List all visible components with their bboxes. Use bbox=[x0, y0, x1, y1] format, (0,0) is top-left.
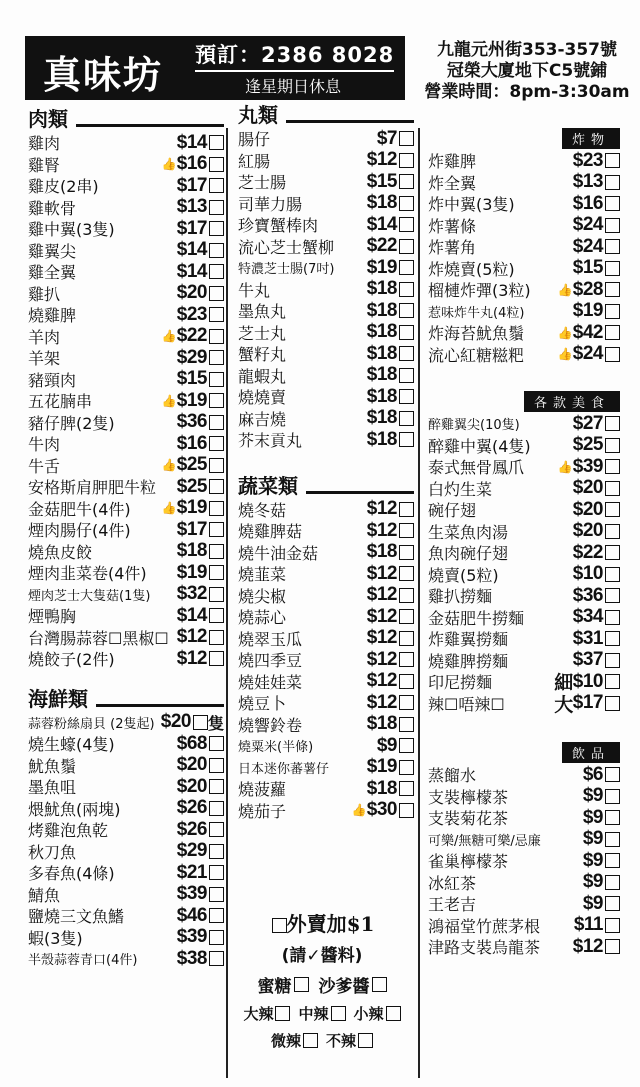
option-checkbox[interactable] bbox=[294, 977, 309, 992]
order-checkbox[interactable] bbox=[399, 717, 414, 732]
order-checkbox[interactable] bbox=[399, 695, 414, 710]
menu-item[interactable]: 燒賣(5粒)$10 bbox=[428, 564, 620, 586]
menu-item[interactable]: 鴻福堂竹蔗茅根$11 bbox=[428, 915, 620, 937]
order-checkbox[interactable] bbox=[605, 896, 620, 911]
item-price: $13 bbox=[177, 196, 207, 218]
menu-item[interactable]: 燒蒜心$12 bbox=[238, 606, 414, 628]
order-checkbox[interactable] bbox=[605, 261, 620, 276]
reservation-phone: 預訂：2386 8028 bbox=[195, 39, 394, 72]
menu-item[interactable]: 燒娃娃菜$12 bbox=[238, 671, 414, 693]
menu-item[interactable]: 碗仔翅$20 bbox=[428, 499, 620, 521]
item-name: 豬頸肉 bbox=[28, 368, 177, 391]
order-checkbox[interactable] bbox=[605, 196, 620, 211]
menu-item[interactable]: 魷魚鬚$20 bbox=[28, 755, 224, 777]
item-name: 燒尖椒 bbox=[238, 584, 367, 607]
option-checkbox[interactable] bbox=[331, 1006, 346, 1021]
menu-item[interactable]: 秋刀魚$29 bbox=[28, 841, 224, 863]
order-checkbox[interactable] bbox=[605, 481, 620, 496]
menu-item[interactable]: 雞肉$14 bbox=[28, 132, 224, 154]
menu-item[interactable]: 墨魚丸$18 bbox=[238, 300, 414, 322]
order-checkbox[interactable] bbox=[209, 779, 224, 794]
spice-options-row-1: 大辣中辣小辣 bbox=[224, 1003, 420, 1024]
order-checkbox[interactable] bbox=[605, 674, 620, 689]
order-checkbox[interactable] bbox=[399, 738, 414, 753]
item-name: 芥末貢丸 bbox=[238, 428, 367, 451]
thumbs-up-icon: 👍 bbox=[162, 458, 177, 472]
menu-item[interactable]: 日本迷你蕃薯仔$19 bbox=[238, 757, 414, 779]
item-price: $20 bbox=[161, 711, 191, 733]
menu-item[interactable]: 芝士腸$15 bbox=[238, 171, 414, 193]
item-price: $14 bbox=[177, 132, 207, 154]
closed-notice: 逢星期日休息 bbox=[245, 74, 341, 97]
menu-item[interactable]: 冰紅茶$9 bbox=[428, 872, 620, 894]
item-price: $16 bbox=[177, 153, 207, 175]
item-name: 燒牛油金菇 bbox=[238, 541, 367, 564]
fried-list: 炸雞脾$23炸全翼$13炸中翼(3隻)$16炸薯條$24炸薯角$24炸燒賣(5粒… bbox=[428, 150, 620, 365]
menu-item[interactable]: 煙肉韭菜卷(4件)$19 bbox=[28, 562, 224, 584]
order-checkbox[interactable] bbox=[605, 918, 620, 933]
item-price: $32 bbox=[177, 583, 207, 605]
menu-item[interactable]: 龍蝦丸$18 bbox=[238, 365, 414, 387]
order-checkbox[interactable] bbox=[399, 781, 414, 796]
order-checkbox[interactable] bbox=[193, 715, 208, 730]
order-checkbox[interactable] bbox=[209, 565, 224, 580]
menu-item[interactable]: 多春魚(4條)$21 bbox=[28, 862, 224, 884]
menu-item[interactable]: 醉雞中翼(4隻)$25 bbox=[428, 435, 620, 457]
option-item[interactable]: 不辣 bbox=[326, 1030, 373, 1051]
item-name: 腸仔 bbox=[238, 127, 377, 150]
order-checkbox[interactable] bbox=[399, 389, 414, 404]
option-checkbox[interactable] bbox=[303, 1033, 318, 1048]
order-checkbox[interactable] bbox=[605, 767, 620, 782]
menu-item[interactable]: 墨魚咀$20 bbox=[28, 776, 224, 798]
item-price: $17 bbox=[573, 692, 603, 714]
order-checkbox[interactable] bbox=[209, 200, 224, 215]
option-checkbox[interactable] bbox=[386, 1006, 401, 1021]
item-name: 燒燒賣 bbox=[238, 385, 367, 408]
item-name: 司華力腸 bbox=[238, 192, 367, 215]
order-checkbox[interactable] bbox=[399, 523, 414, 538]
order-checkbox[interactable] bbox=[209, 630, 224, 645]
menu-item[interactable]: 炸燒賣(5粒)$15 bbox=[428, 258, 620, 280]
item-name: 燒粟米(半條) bbox=[238, 736, 377, 755]
order-checkbox[interactable] bbox=[605, 347, 620, 362]
order-checkbox[interactable] bbox=[209, 415, 224, 430]
item-price: $68 bbox=[177, 733, 207, 755]
order-checkbox[interactable] bbox=[605, 939, 620, 954]
order-checkbox[interactable] bbox=[209, 951, 224, 966]
item-price: $15 bbox=[367, 171, 397, 193]
menu-item[interactable]: 燒生蠔(4隻)$68 bbox=[28, 733, 224, 755]
item-price: $28 bbox=[573, 279, 603, 301]
menu-item[interactable]: 蝦(3隻)$39 bbox=[28, 927, 224, 949]
menu-item[interactable]: 台灣腸蒜蓉☐黑椒☐$12 bbox=[28, 627, 224, 649]
order-checkbox[interactable] bbox=[209, 350, 224, 365]
order-checkbox[interactable] bbox=[209, 608, 224, 623]
order-checkbox[interactable] bbox=[209, 651, 224, 666]
order-checkbox[interactable] bbox=[209, 587, 224, 602]
order-checkbox[interactable] bbox=[209, 221, 224, 236]
size-label: 大 bbox=[554, 690, 573, 717]
menu-item[interactable]: 牛舌👍$25 bbox=[28, 455, 224, 477]
item-price: $9 bbox=[583, 893, 603, 915]
order-checkbox[interactable] bbox=[605, 789, 620, 804]
item-name: 台灣腸蒜蓉☐黑椒☐ bbox=[28, 626, 177, 649]
menu-item[interactable]: 蒸餾水$6 bbox=[428, 764, 620, 786]
menu-item[interactable]: 雞全翼$14 bbox=[28, 261, 224, 283]
order-checkbox[interactable] bbox=[605, 810, 620, 825]
menu-item[interactable]: 炸海苔魷魚鬚👍$42 bbox=[428, 322, 620, 344]
menu-item[interactable]: 泰式無骨鳳爪👍$39 bbox=[428, 456, 620, 478]
menu-item[interactable]: 燒響鈴卷$18 bbox=[238, 714, 414, 736]
menu-item[interactable]: 珍寶蟹棒肉$14 bbox=[238, 214, 414, 236]
item-price: $29 bbox=[177, 347, 207, 369]
category-seafood-title: 海鮮類 bbox=[28, 684, 224, 712]
item-name: 龍蝦丸 bbox=[238, 364, 367, 387]
order-checkbox[interactable] bbox=[209, 372, 224, 387]
menu-item[interactable]: 五花腩串👍$19 bbox=[28, 390, 224, 412]
order-checkbox[interactable] bbox=[605, 282, 620, 297]
menu-item[interactable]: 支裝菊花茶$9 bbox=[428, 807, 620, 829]
menu-item[interactable]: 羊架$29 bbox=[28, 347, 224, 369]
menu-item[interactable]: 炸薯條$24 bbox=[428, 215, 620, 237]
item-name: 羊肉 bbox=[28, 325, 159, 348]
order-checkbox[interactable] bbox=[399, 588, 414, 603]
order-checkbox[interactable] bbox=[605, 524, 620, 539]
menu-item[interactable]: 炸薯角$24 bbox=[428, 236, 620, 258]
order-checkbox[interactable] bbox=[605, 853, 620, 868]
menu-item[interactable]: 炸雞翼撈麵$31 bbox=[428, 628, 620, 650]
thumbs-up-icon: 👍 bbox=[558, 283, 573, 297]
order-checkbox[interactable] bbox=[605, 631, 620, 646]
item-price: $19 bbox=[177, 390, 207, 412]
item-price: $15 bbox=[177, 368, 207, 390]
order-checkbox[interactable] bbox=[605, 588, 620, 603]
menu-item[interactable]: 生菜魚肉湯$20 bbox=[428, 521, 620, 543]
option-label: 中辣 bbox=[298, 1003, 328, 1024]
order-checkbox[interactable] bbox=[605, 304, 620, 319]
order-checkbox[interactable] bbox=[399, 260, 414, 275]
order-checkbox[interactable] bbox=[399, 239, 414, 254]
menu-item[interactable]: 煨魷魚(兩塊)$26 bbox=[28, 798, 224, 820]
menu-item[interactable]: 燒燒賣$18 bbox=[238, 386, 414, 408]
menu-item[interactable]: 燒魚皮餃$18 bbox=[28, 541, 224, 563]
order-checkbox[interactable] bbox=[605, 239, 620, 254]
item-price: $18 bbox=[367, 321, 397, 343]
order-checkbox[interactable] bbox=[605, 153, 620, 168]
item-name: 津路支裝烏龍茶 bbox=[428, 935, 573, 958]
takeout-checkbox[interactable] bbox=[272, 918, 287, 933]
menu-item[interactable]: 雞扒撈麵$36 bbox=[428, 585, 620, 607]
menu-item[interactable]: 流心芝士蟹柳$22 bbox=[238, 236, 414, 258]
menu-item[interactable]: 燒四季豆$12 bbox=[238, 649, 414, 671]
menu-item[interactable]: 安格斯肩胛肥牛粒$25 bbox=[28, 476, 224, 498]
item-price: $12 bbox=[367, 563, 397, 585]
order-checkbox[interactable] bbox=[605, 875, 620, 890]
order-checkbox[interactable] bbox=[209, 822, 224, 837]
menu-item[interactable]: 金菇肥牛撈麵$34 bbox=[428, 607, 620, 629]
order-checkbox[interactable] bbox=[209, 501, 224, 516]
item-price: $18 bbox=[367, 343, 397, 365]
order-checkbox[interactable] bbox=[209, 286, 224, 301]
menu-item[interactable]: 燒雞脾菇$12 bbox=[238, 520, 414, 542]
order-checkbox[interactable] bbox=[209, 178, 224, 193]
item-name: 秋刀魚 bbox=[28, 840, 177, 863]
option-item[interactable]: 小辣 bbox=[354, 1003, 401, 1024]
menu-item[interactable]: 榴槤炸彈(3粒)👍$28 bbox=[428, 279, 620, 301]
order-checkbox[interactable] bbox=[399, 566, 414, 581]
order-checkbox[interactable] bbox=[399, 282, 414, 297]
menu-item[interactable]: 牛肉$16 bbox=[28, 433, 224, 455]
thumbs-up-icon: 👍 bbox=[558, 326, 573, 340]
item-name: 碗仔翅 bbox=[428, 498, 573, 521]
order-checkbox[interactable] bbox=[209, 243, 224, 258]
option-item[interactable]: 微辣 bbox=[271, 1030, 318, 1051]
order-checkbox[interactable] bbox=[399, 411, 414, 426]
takeout-surcharge: 外賣加$1 bbox=[224, 908, 420, 937]
thumbs-up-icon: 👍 bbox=[558, 347, 573, 361]
order-checkbox[interactable] bbox=[399, 803, 414, 818]
item-price: $37 bbox=[573, 649, 603, 671]
order-checkbox[interactable] bbox=[209, 930, 224, 945]
order-checkbox[interactable] bbox=[605, 438, 620, 453]
menu-item[interactable]: 紅腸$12 bbox=[238, 150, 414, 172]
category-meat-title: 肉類 bbox=[28, 104, 224, 132]
menu-item[interactable]: 燒雞脾$23 bbox=[28, 304, 224, 326]
order-checkbox[interactable] bbox=[605, 567, 620, 582]
option-label: 大辣 bbox=[243, 1003, 273, 1024]
menu-item[interactable]: 燒菠蘿$18 bbox=[238, 778, 414, 800]
order-checkbox[interactable] bbox=[399, 368, 414, 383]
menu-item[interactable]: 雞翼尖$14 bbox=[28, 240, 224, 262]
order-checkbox[interactable] bbox=[399, 609, 414, 624]
menu-item[interactable]: 燒牛油金菇$18 bbox=[238, 542, 414, 564]
item-name: 燒雞脾 bbox=[28, 303, 177, 326]
item-name: 煙鴨胸 bbox=[28, 604, 177, 627]
item-price: $26 bbox=[177, 819, 207, 841]
order-checkbox[interactable] bbox=[209, 887, 224, 902]
menu-item[interactable]: 可樂/無糖可樂/忌廉$9 bbox=[428, 829, 620, 851]
order-checkbox[interactable] bbox=[605, 832, 620, 847]
menu-item[interactable]: 燒茄子👍$30 bbox=[238, 800, 414, 822]
order-checkbox[interactable] bbox=[209, 758, 224, 773]
item-price: $9 bbox=[377, 735, 397, 757]
menu-item[interactable]: 蟹籽丸$18 bbox=[238, 343, 414, 365]
left-column: 肉類 雞肉$14雞腎👍$16雞皮(2串)$17雞軟骨$13雞中翼(3隻)$17雞… bbox=[28, 104, 224, 970]
order-checkbox[interactable] bbox=[399, 196, 414, 211]
item-price: $12 bbox=[367, 692, 397, 714]
item-name: 王老吉 bbox=[428, 892, 583, 915]
item-name: 燒雞脾菇 bbox=[238, 519, 367, 542]
item-price: $19 bbox=[573, 300, 603, 322]
item-name: 煙肉韭菜卷(4件) bbox=[28, 561, 177, 584]
order-checkbox[interactable] bbox=[209, 393, 224, 408]
vegetables-list: 燒冬菇$12燒雞脾菇$12燒牛油金菇$18燒韮菜$12燒尖椒$12燒蒜心$12燒… bbox=[238, 499, 414, 822]
menu-item[interactable]: 炸中翼(3隻)$16 bbox=[428, 193, 620, 215]
order-checkbox[interactable] bbox=[209, 736, 224, 751]
order-checkbox[interactable] bbox=[209, 307, 224, 322]
order-checkbox[interactable] bbox=[399, 545, 414, 560]
order-checkbox[interactable] bbox=[605, 459, 620, 474]
menu-item[interactable]: 牛丸$18 bbox=[238, 279, 414, 301]
order-checkbox[interactable] bbox=[399, 346, 414, 361]
item-price: $15 bbox=[573, 257, 603, 279]
order-checkbox[interactable] bbox=[399, 153, 414, 168]
item-price: $25 bbox=[177, 454, 207, 476]
menu-item[interactable]: 羊肉👍$22 bbox=[28, 326, 224, 348]
order-checkbox[interactable] bbox=[209, 544, 224, 559]
option-item[interactable]: 蜜糖 bbox=[258, 972, 309, 997]
order-checkbox[interactable] bbox=[209, 801, 224, 816]
order-checkbox[interactable] bbox=[209, 458, 224, 473]
menu-item[interactable]: 王老吉$9 bbox=[428, 893, 620, 915]
menu-item[interactable]: 蒜蓉粉絲扇貝 (2隻起)$20隻 bbox=[28, 712, 224, 734]
item-price: $18 bbox=[367, 713, 397, 735]
option-checkbox[interactable] bbox=[358, 1033, 373, 1048]
order-checkbox[interactable] bbox=[605, 175, 620, 190]
item-name: 煙肉芝士大隻菇(1隻) bbox=[28, 585, 177, 604]
menu-item[interactable]: 芥末貢丸$18 bbox=[238, 429, 414, 451]
menu-item[interactable]: 腸仔$7 bbox=[238, 128, 414, 150]
menu-item[interactable]: 印尼撈麵細$10 bbox=[428, 671, 620, 693]
shop-address: 九龍元州街353-357號 冠榮大廈地下C5號鋪 營業時間：8pm-3:30am bbox=[424, 40, 630, 103]
order-checkbox[interactable] bbox=[209, 436, 224, 451]
option-item[interactable]: 沙爹醬 bbox=[319, 972, 387, 997]
order-checkbox[interactable] bbox=[605, 545, 620, 560]
option-item[interactable]: 中辣 bbox=[298, 1003, 345, 1024]
order-checkbox[interactable] bbox=[605, 325, 620, 340]
menu-item[interactable]: 雞扒$20 bbox=[28, 283, 224, 305]
menu-item[interactable]: 流心紅糖糍粑👍$24 bbox=[428, 344, 620, 366]
order-checkbox[interactable] bbox=[399, 631, 414, 646]
menu-item[interactable]: 特濃芝士腸(7吋)$19 bbox=[238, 257, 414, 279]
item-name: 燒娃娃菜 bbox=[238, 670, 367, 693]
menu-item[interactable]: 豬頸肉$15 bbox=[28, 369, 224, 391]
menu-item[interactable]: 雀巢檸檬茶$9 bbox=[428, 850, 620, 872]
option-item[interactable]: 大辣 bbox=[243, 1003, 290, 1024]
menu-item[interactable]: 煙鴨胸$14 bbox=[28, 605, 224, 627]
order-checkbox[interactable] bbox=[605, 610, 620, 625]
item-price: $14 bbox=[177, 239, 207, 261]
order-checkbox[interactable] bbox=[209, 157, 224, 172]
menu-item[interactable]: 司華力腸$18 bbox=[238, 193, 414, 215]
item-name: 醉雞中翼(4隻) bbox=[428, 434, 573, 457]
item-name: 牛肉 bbox=[28, 432, 177, 455]
menu-item[interactable]: 鯖魚$39 bbox=[28, 884, 224, 906]
order-checkbox[interactable] bbox=[209, 865, 224, 880]
menu-item[interactable]: 雞中翼(3隻)$17 bbox=[28, 218, 224, 240]
order-checkbox[interactable] bbox=[209, 908, 224, 923]
order-checkbox[interactable] bbox=[209, 329, 224, 344]
order-checkbox[interactable] bbox=[399, 652, 414, 667]
item-name: 魚肉碗仔翅 bbox=[428, 541, 573, 564]
item-name: 燒蒜心 bbox=[238, 605, 367, 628]
order-checkbox[interactable] bbox=[605, 653, 620, 668]
item-name: 燒菠蘿 bbox=[238, 777, 367, 800]
menu-item[interactable]: 醉雞翼尖(10隻)$27 bbox=[428, 413, 620, 435]
order-checkbox[interactable] bbox=[399, 217, 414, 232]
item-price: $12 bbox=[573, 936, 603, 958]
menu-item[interactable]: 支裝檸檬茶$9 bbox=[428, 786, 620, 808]
menu-item[interactable]: 雞軟骨$13 bbox=[28, 197, 224, 219]
menu-item[interactable]: 金菇肥牛(4件)👍$19 bbox=[28, 498, 224, 520]
menu-item[interactable]: 炸全翼$13 bbox=[428, 172, 620, 194]
menu-item[interactable]: 燒翠玉瓜$12 bbox=[238, 628, 414, 650]
order-checkbox[interactable] bbox=[209, 479, 224, 494]
category-drinks-title: 飲品 bbox=[562, 742, 620, 763]
menu-item[interactable]: 炸雞脾$23 bbox=[428, 150, 620, 172]
title-rule bbox=[306, 491, 414, 494]
item-name: 魷魚鬚 bbox=[28, 754, 177, 777]
menu-item[interactable]: 燒韮菜$12 bbox=[238, 563, 414, 585]
right-column: 炸物 炸雞脾$23炸全翼$13炸中翼(3隻)$16炸薯條$24炸薯角$24炸燒賣… bbox=[428, 128, 620, 958]
order-checkbox[interactable] bbox=[605, 502, 620, 517]
order-checkbox[interactable] bbox=[399, 174, 414, 189]
menu-item[interactable]: 雞皮(2串)$17 bbox=[28, 175, 224, 197]
title-rule bbox=[76, 124, 224, 127]
item-price: $23 bbox=[177, 304, 207, 326]
order-checkbox[interactable] bbox=[209, 844, 224, 859]
order-checkbox[interactable] bbox=[209, 264, 224, 279]
order-checkbox[interactable] bbox=[399, 325, 414, 340]
menu-item[interactable]: 燒粟米(半條)$9 bbox=[238, 735, 414, 757]
order-checkbox[interactable] bbox=[605, 218, 620, 233]
item-name: 支裝檸檬茶 bbox=[428, 785, 583, 808]
item-price: $7 bbox=[377, 128, 397, 150]
shop-logo: 真味坊 bbox=[43, 44, 163, 99]
order-checkbox[interactable] bbox=[399, 760, 414, 775]
menu-item[interactable]: 麻吉燒$18 bbox=[238, 408, 414, 430]
order-checkbox[interactable] bbox=[399, 303, 414, 318]
order-checkbox[interactable] bbox=[399, 432, 414, 447]
order-checkbox[interactable] bbox=[209, 522, 224, 537]
menu-item[interactable]: 鹽燒三文魚鰭$46 bbox=[28, 905, 224, 927]
order-checkbox[interactable] bbox=[605, 416, 620, 431]
menu-item[interactable]: 半殼蒜蓉青口(4件)$38 bbox=[28, 948, 224, 970]
item-price: $18 bbox=[367, 278, 397, 300]
menu-item[interactable]: 燒冬菇$12 bbox=[238, 499, 414, 521]
menu-item[interactable]: 芝士丸$18 bbox=[238, 322, 414, 344]
item-name: 雞翼尖 bbox=[28, 239, 177, 262]
menu-item[interactable]: 辣☐唔辣☐大$17 bbox=[428, 693, 620, 715]
item-price: $46 bbox=[177, 905, 207, 927]
menu-item[interactable]: 煙肉腸仔(4件)$17 bbox=[28, 519, 224, 541]
order-checkbox[interactable] bbox=[209, 135, 224, 150]
menu-item[interactable]: 燒雞脾撈麵$37 bbox=[428, 650, 620, 672]
menu-item[interactable]: 白灼生菜$20 bbox=[428, 478, 620, 500]
order-checkbox[interactable] bbox=[605, 696, 620, 711]
menu-item[interactable]: 惹味炸牛丸(4粒)$19 bbox=[428, 301, 620, 323]
menu-item[interactable]: 烤雞泡魚乾$26 bbox=[28, 819, 224, 841]
menu-item[interactable]: 燒尖椒$12 bbox=[238, 585, 414, 607]
item-price: $12 bbox=[367, 649, 397, 671]
order-checkbox[interactable] bbox=[399, 131, 414, 146]
option-checkbox[interactable] bbox=[372, 977, 387, 992]
menu-sheet: 真味坊 預訂：2386 8028 逢星期日休息 九龍元州街353-357號 冠榮… bbox=[0, 0, 640, 1087]
menu-item[interactable]: 燒豆卜$12 bbox=[238, 692, 414, 714]
order-checkbox[interactable] bbox=[399, 502, 414, 517]
menu-item[interactable]: 燒餃子(2件)$12 bbox=[28, 648, 224, 670]
item-price: $29 bbox=[177, 840, 207, 862]
item-name: 可樂/無糖可樂/忌廉 bbox=[428, 830, 583, 849]
menu-item[interactable]: 煙肉芝士大隻菇(1隻)$32 bbox=[28, 584, 224, 606]
option-checkbox[interactable] bbox=[275, 1006, 290, 1021]
menu-item[interactable]: 魚肉碗仔翅$22 bbox=[428, 542, 620, 564]
menu-item[interactable]: 雞腎👍$16 bbox=[28, 154, 224, 176]
menu-item[interactable]: 豬仔脾(2隻)$36 bbox=[28, 412, 224, 434]
menu-item[interactable]: 津路支裝烏龍茶$12 bbox=[428, 936, 620, 958]
order-checkbox[interactable] bbox=[399, 674, 414, 689]
